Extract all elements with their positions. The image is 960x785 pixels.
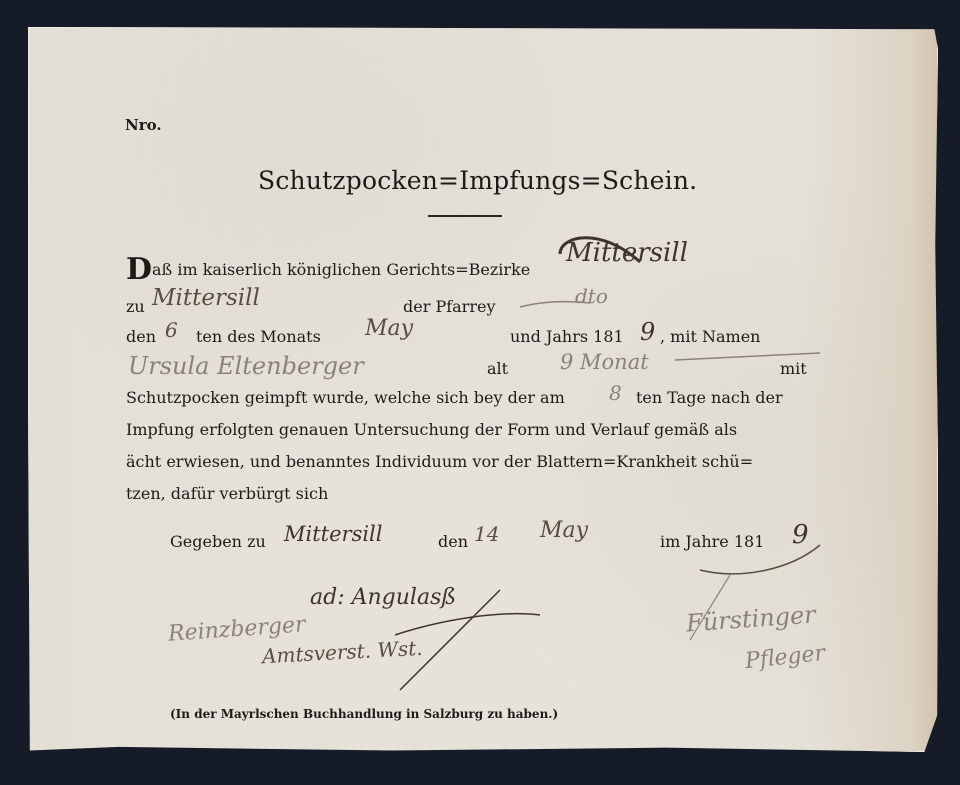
line-6: Impfung erfolgten genauen Untersuchung d…	[126, 420, 737, 439]
handwritten-name: Ursula Eltenberger	[128, 352, 364, 380]
handwritten-age: 9 Monat	[560, 350, 649, 374]
line-1-text: aß im kaiserlich königlichen Gerichts=Be…	[152, 260, 530, 279]
body-line-1: Daß im kaiserlich königlichen Gerichts=B…	[126, 255, 530, 285]
handwritten-year-digit: 9	[640, 318, 655, 346]
title-underline	[428, 215, 502, 217]
number-label: Nro.	[125, 116, 162, 134]
line-4-mit: mit	[780, 359, 807, 378]
document-title: Schutzpocken=Impfungs=Schein.	[258, 166, 697, 195]
handwritten-month: May	[365, 316, 413, 341]
line-9-a: Gegeben zu	[170, 532, 266, 551]
handwritten-pfarrey: dto	[575, 284, 608, 308]
line-3-year-prefix: und Jahrs 181	[510, 327, 624, 346]
handwritten-day-check: 8	[609, 381, 622, 405]
line-5-b: ten Tage nach der	[636, 388, 783, 407]
line-2-prefix: zu	[126, 297, 145, 316]
line-8: tzen, dafür verbürgt sich	[126, 484, 328, 503]
signature-left-top: ad: Angulasß	[310, 585, 456, 610]
line-4-alt: alt	[487, 359, 508, 378]
handwritten-given-day: 14	[474, 522, 499, 546]
line-3-suffix: , mit Namen	[660, 327, 760, 346]
line-3-middle: ten des Monats	[196, 327, 321, 346]
line-7: ächt erwiesen, und benanntes Individuum …	[126, 452, 753, 471]
handwritten-given-place: Mittersill	[284, 522, 383, 546]
line-5-a: Schutzpocken geimpft wurde, welche sich …	[126, 388, 565, 407]
line-9-b: den	[438, 532, 468, 551]
handwritten-given-month: May	[540, 518, 588, 543]
handwritten-given-year-digit: 9	[792, 520, 809, 550]
handwritten-bezirk: Mittersill	[566, 238, 688, 268]
line-9-c: im Jahre 181	[660, 532, 764, 551]
handwritten-day: 6	[165, 318, 178, 342]
footer-publisher-note: (In der Mayrlschen Buchhandlung in Salzb…	[170, 707, 558, 721]
line-2-middle: der Pfarrey	[403, 297, 495, 316]
drop-cap: D	[126, 252, 152, 287]
handwritten-zu-place: Mittersill	[152, 285, 260, 311]
line-3-prefix: den	[126, 327, 156, 346]
